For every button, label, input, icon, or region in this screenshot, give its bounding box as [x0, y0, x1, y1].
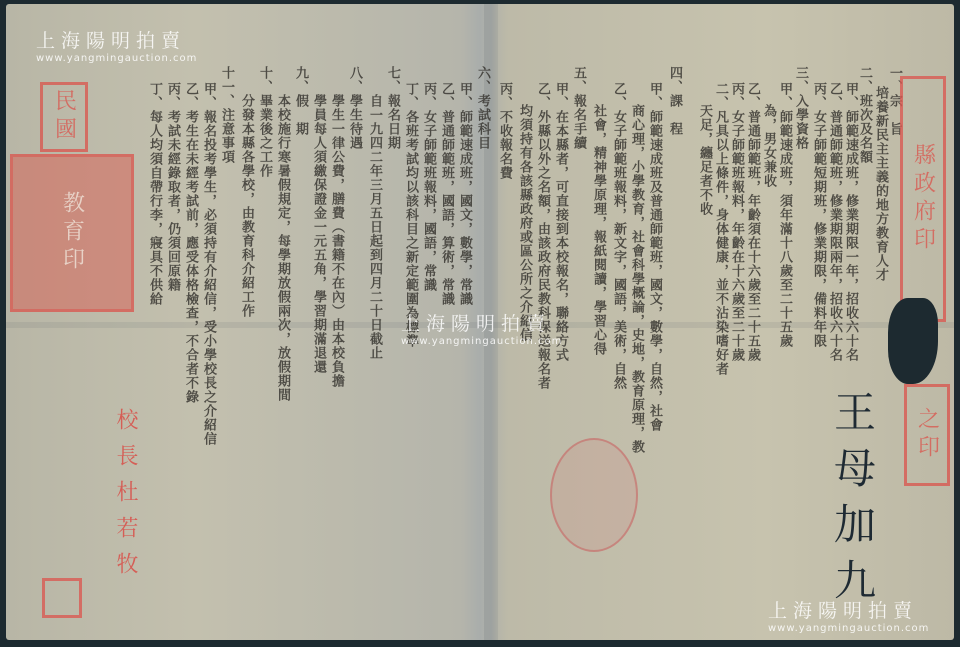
text-column: 丙、考試未經錄取者，仍須回原籍 [164, 82, 180, 292]
text-column: 丙、女子師範短期班，修業期限，備料年限 [810, 82, 826, 348]
text-column: 甲、師範速成班及普通師範班，國文，數學，自然，社會 [646, 82, 662, 432]
text-column: 七、報名日期 [384, 66, 400, 150]
watermark-title: 上海陽明拍賣 [36, 26, 197, 53]
text-column: 三、入學資格 [792, 66, 808, 150]
text-column: 為，男女兼收 [760, 104, 776, 188]
text-column: 甲、師範速成班，須年滿十八歲至二十五歲 [776, 82, 792, 348]
text-column: 自一九四二年三月五日起到四月二十日截止 [366, 94, 382, 360]
round-seal [550, 438, 638, 552]
text-column: 五、報名手續 [570, 66, 586, 150]
text-column: 二、班次及名額 [856, 66, 872, 164]
text-column: 九、假 期 [292, 66, 308, 136]
text-column: 乙、考生在未經考試前，應受体格檢查，不合者不錄 [182, 82, 198, 404]
text-column: 四、課 程 [666, 66, 682, 136]
text-column: 分發本縣各學校，由教育科介紹工作 [238, 94, 254, 318]
watermark-url: www.yangmingauction.com [36, 53, 197, 64]
text-column: 丙、不收報名費 [496, 82, 512, 180]
right-tall-seal: 縣政府印 [900, 76, 946, 322]
text-column: 丙、女子師範班報料，國語，常識 [420, 82, 436, 292]
text-column: 本校施行寒暑假規定，每學期放假兩次，放假期間 [274, 94, 290, 402]
watermark-url: www.yangmingauction.com [401, 336, 562, 347]
text-column: 十、畢業後之工作 [256, 66, 272, 178]
text-column: 丁、每人均須自帶行李，寢具不供給 [146, 82, 162, 306]
text-column: 學生一律公費，膳費（書籍不在內）由本校負擔 [328, 94, 344, 388]
text-column: 商心理，小學教育，社會科學概論，史地，教育原理，教 [628, 104, 644, 454]
text-column: 丙、女子師範班報料，年齡在十六歲至二十歲 [728, 82, 744, 362]
watermark-title: 上海陽明拍賣 [401, 309, 562, 336]
principal-signature: 校長杜若牧 [110, 408, 141, 588]
upper-left-small-seal: 民國 [40, 82, 88, 152]
text-column: 二、凡具以上條件，身体健康，並不沾染嗜好者 [712, 82, 728, 376]
torn-edge [888, 298, 938, 384]
handwritten-name: 王母加九 [822, 390, 882, 614]
text-column: 乙、普通師範班，國語，算術，常識 [438, 82, 454, 306]
watermark-url: www.yangmingauction.com [768, 623, 929, 634]
text-column: 甲、報名投考學生，必須持有介紹信，受小學校長之介紹信 [200, 82, 216, 446]
text-column: 乙、普通師範班，修業期限兩年，招收六十名 [826, 82, 842, 362]
text-column: 十一、注意事項 [218, 66, 234, 164]
left-large-seal: 教育印 [10, 154, 134, 312]
auction-watermark: 上海陽明拍賣www.yangmingauction.com [36, 26, 197, 64]
text-column: 甲、師範速成班，國文，數學，常識 [456, 82, 472, 306]
text-column: 培養新民主主義的地方教育人才 [872, 86, 888, 282]
auction-watermark: 上海陽明拍賣www.yangmingauction.com [401, 309, 562, 347]
text-column: 天足，纏足者不收 [696, 104, 712, 216]
text-column: 八、學生待遇 [346, 66, 362, 150]
text-column: 均須持有各該縣政府或區公所之介紹信 [516, 104, 532, 342]
watermark-title: 上海陽明拍賣 [768, 596, 929, 623]
text-column: 六、考試科目 [474, 66, 490, 150]
text-column: 甲、師範速成班，修業期限一年，招收六十名 [842, 82, 858, 362]
text-column: 乙、女子師範班報料，新文字，國語，美術，自然 [610, 82, 626, 390]
text-column: 學員每人須繳保證金一元五角，學習期滿退還 [310, 94, 326, 374]
auction-watermark: 上海陽明拍賣www.yangmingauction.com [768, 596, 929, 634]
right-lower-seal: 之印 [904, 384, 950, 486]
left-bottom-seal [42, 578, 82, 618]
text-column: 乙、普通師範班，年齡須在十六歲至二十五歲 [744, 82, 760, 362]
document-sheet: 一、宗 旨培養新民主主義的地方教育人才二、班次及名額甲、師範速成班，修業期限一年… [6, 4, 954, 640]
text-column: 社會，精神學原理，報紙閱讀，學習心得 [590, 104, 606, 356]
